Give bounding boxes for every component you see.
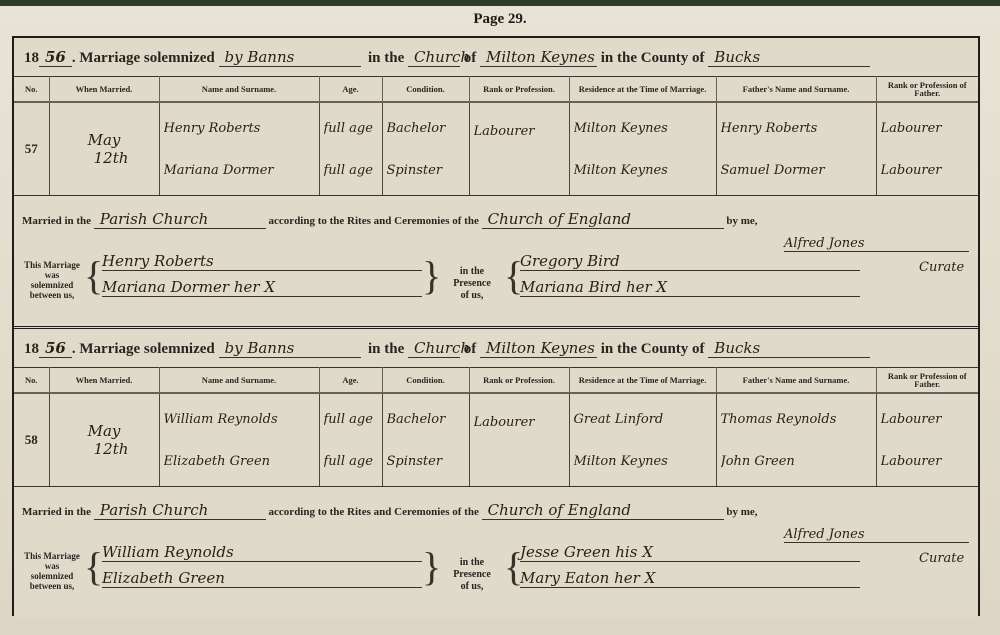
register-table: No.When Married.Name and Surname.Age.Con… bbox=[14, 76, 978, 196]
father-ranks: LabourerLabourer bbox=[876, 102, 978, 196]
between-us-label: This Marriagewassolemnizedbetween us, bbox=[18, 261, 86, 301]
column-header: When Married. bbox=[49, 368, 159, 394]
column-header: Rank or Profession of Father. bbox=[876, 77, 978, 103]
county-field: Bucks bbox=[708, 339, 870, 358]
entry-heading: 1856. Marriage solemnized by Banns in th… bbox=[24, 339, 870, 363]
register-page: Page 29. 1856. Marriage solemnized by Ba… bbox=[0, 6, 1000, 635]
married-in-field: Parish Church bbox=[94, 210, 266, 229]
officiant-title: Curate bbox=[919, 260, 964, 275]
officiant-signature: Alfred Jones bbox=[784, 527, 969, 543]
witness-signature-1: Jesse Green his X bbox=[520, 543, 860, 562]
ages: full agefull age bbox=[319, 102, 382, 196]
party-signature-1: William Reynolds bbox=[102, 543, 422, 562]
entry-number: 58 bbox=[14, 393, 49, 487]
register-frame: 1856. Marriage solemnized by Banns in th… bbox=[12, 36, 980, 616]
column-header: Condition. bbox=[382, 368, 469, 394]
married-in-field: Parish Church bbox=[94, 501, 266, 520]
residences: Milton KeynesMilton Keynes bbox=[569, 102, 716, 196]
entry-heading: 1856. Marriage solemnized by Banns in th… bbox=[24, 48, 870, 72]
witness-signature-1: Gregory Bird bbox=[520, 252, 860, 271]
between-us-label: This Marriagewassolemnizedbetween us, bbox=[18, 552, 86, 592]
fathers: Thomas ReynoldsJohn Green bbox=[716, 393, 876, 487]
marriage-entry: 1856. Marriage solemnized by Banns in th… bbox=[14, 38, 978, 324]
column-header: No. bbox=[14, 368, 49, 394]
by-banns-field: by Banns bbox=[219, 48, 361, 67]
county-field: Bucks bbox=[708, 48, 870, 67]
witness-signature-2: Mary Eaton her X bbox=[520, 569, 860, 588]
names: Henry RobertsMariana Dormer bbox=[159, 102, 319, 196]
column-header: Age. bbox=[319, 368, 382, 394]
party-signature-1: Henry Roberts bbox=[102, 252, 422, 271]
father-ranks: LabourerLabourer bbox=[876, 393, 978, 487]
ages: full agefull age bbox=[319, 393, 382, 487]
right-brace: } bbox=[422, 547, 441, 587]
column-header: Name and Surname. bbox=[159, 368, 319, 394]
presence-label: in thePresenceof us, bbox=[442, 557, 502, 593]
column-header: Rank or Profession of Father. bbox=[876, 368, 978, 394]
officiant-signature: Alfred Jones bbox=[784, 236, 969, 252]
column-header: Rank or Profession. bbox=[469, 77, 569, 103]
rites-field: Church of England bbox=[482, 501, 724, 520]
column-header: Father's Name and Surname. bbox=[716, 77, 876, 103]
party-signature-2: Mariana Dormer her X bbox=[102, 278, 422, 297]
rites-field: Church of England bbox=[482, 210, 724, 229]
column-header: Name and Surname. bbox=[159, 77, 319, 103]
place-type-field: Church bbox=[408, 48, 460, 67]
left-brace: { bbox=[84, 256, 103, 296]
married-in-line: Married in the Parish Church according t… bbox=[22, 210, 758, 229]
place-type-field: Church bbox=[408, 339, 460, 358]
column-header: Residence at the Time of Marriage. bbox=[569, 368, 716, 394]
by-banns-field: by Banns bbox=[219, 339, 361, 358]
conditions: BachelorSpinster bbox=[382, 102, 469, 196]
names: William ReynoldsElizabeth Green bbox=[159, 393, 319, 487]
party-signature-2: Elizabeth Green bbox=[102, 569, 422, 588]
page-number: Page 29. bbox=[0, 11, 1000, 28]
ranks: Labourer bbox=[469, 102, 569, 196]
presence-label: in thePresenceof us, bbox=[442, 266, 502, 302]
married-in-line: Married in the Parish Church according t… bbox=[22, 501, 758, 520]
conditions: BachelorSpinster bbox=[382, 393, 469, 487]
register-table: No.When Married.Name and Surname.Age.Con… bbox=[14, 367, 978, 487]
column-header: Father's Name and Surname. bbox=[716, 368, 876, 394]
ranks: Labourer bbox=[469, 393, 569, 487]
column-header: Rank or Profession. bbox=[469, 368, 569, 394]
register-row: 58 May12th William ReynoldsElizabeth Gre… bbox=[14, 393, 978, 487]
year-suffix: 56 bbox=[39, 339, 72, 358]
fathers: Henry RobertsSamuel Dormer bbox=[716, 102, 876, 196]
register-row: 57 May12th Henry RobertsMariana Dormer f… bbox=[14, 102, 978, 196]
right-brace: } bbox=[422, 256, 441, 296]
entry-number: 57 bbox=[14, 102, 49, 196]
residences: Great LinfordMilton Keynes bbox=[569, 393, 716, 487]
year-suffix: 56 bbox=[39, 48, 72, 67]
column-header: No. bbox=[14, 77, 49, 103]
column-header: Condition. bbox=[382, 77, 469, 103]
witness-signature-2: Mariana Bird her X bbox=[520, 278, 860, 297]
when-married: May12th bbox=[49, 393, 159, 487]
left-brace: { bbox=[84, 547, 103, 587]
parish-field: Milton Keynes bbox=[480, 339, 597, 358]
column-header: Age. bbox=[319, 77, 382, 103]
officiant-title: Curate bbox=[919, 551, 964, 566]
column-header: Residence at the Time of Marriage. bbox=[569, 77, 716, 103]
parish-field: Milton Keynes bbox=[480, 48, 597, 67]
when-married: May12th bbox=[49, 102, 159, 196]
column-header: When Married. bbox=[49, 77, 159, 103]
marriage-entry: 1856. Marriage solemnized by Banns in th… bbox=[14, 326, 978, 617]
